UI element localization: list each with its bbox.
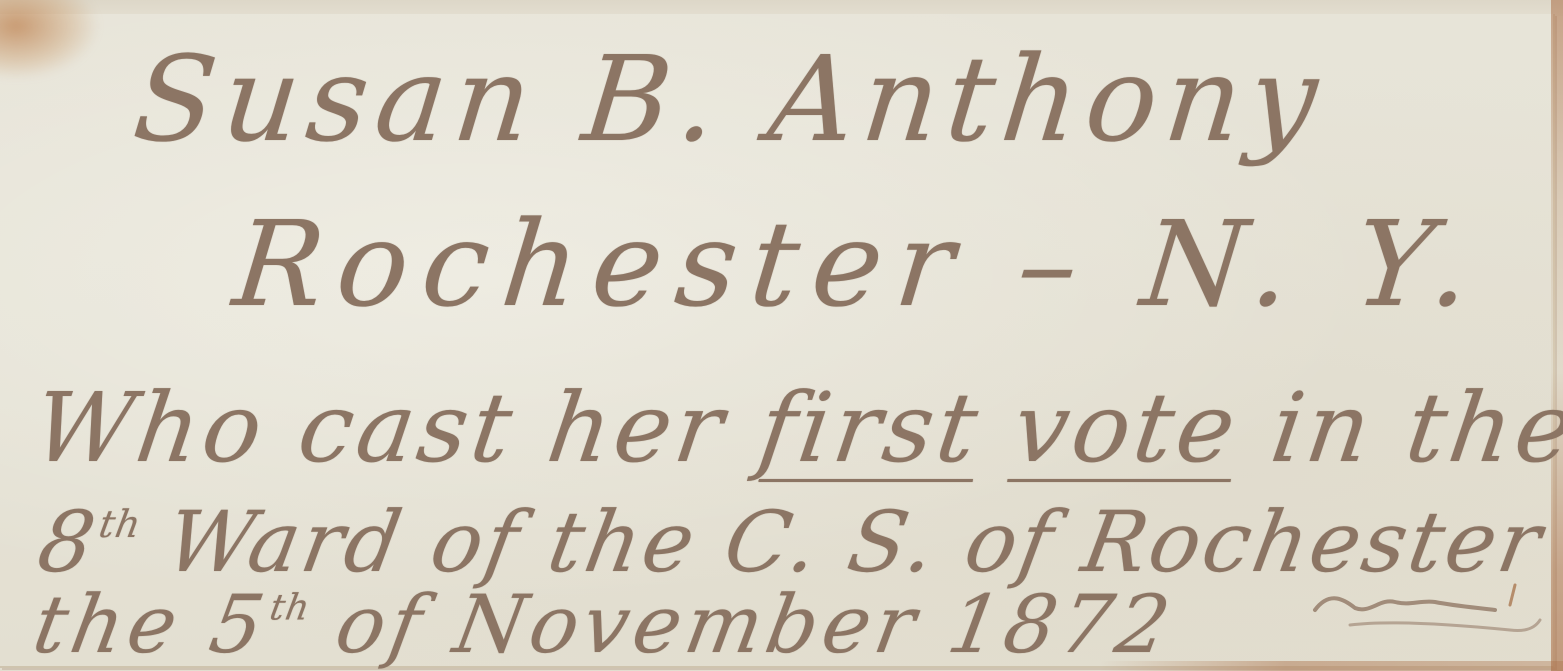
stain-bottom-edge — [1100, 661, 1563, 671]
date-text: of November 1872 — [299, 578, 1181, 671]
document-frame: Susan B. Anthony Rochester – N. Y. Who c… — [0, 0, 1563, 671]
inscription-line-2: 8th Ward of the C. S. of Rochester on — [33, 500, 1563, 584]
underlined-word-first: first — [752, 372, 988, 484]
inscription-text: Who cast her — [27, 372, 768, 484]
signature-name: Susan B. Anthony — [129, 40, 1331, 158]
inscription-line-3: the 5th of November 1872 — [28, 585, 1180, 665]
inscription-line-1: Who cast her first vote in the — [28, 380, 1563, 476]
pen-flourish-icon — [1310, 580, 1550, 640]
stain-top-left — [0, 0, 100, 80]
inscription-text: in the — [1230, 372, 1563, 484]
inscription-text: the 5 — [27, 578, 276, 671]
inscription-text: Ward of the C. S. of Rochester on — [129, 493, 1563, 591]
signature-location: Rochester – N. Y. — [229, 205, 1490, 323]
underlined-word-vote: vote — [1007, 372, 1246, 484]
